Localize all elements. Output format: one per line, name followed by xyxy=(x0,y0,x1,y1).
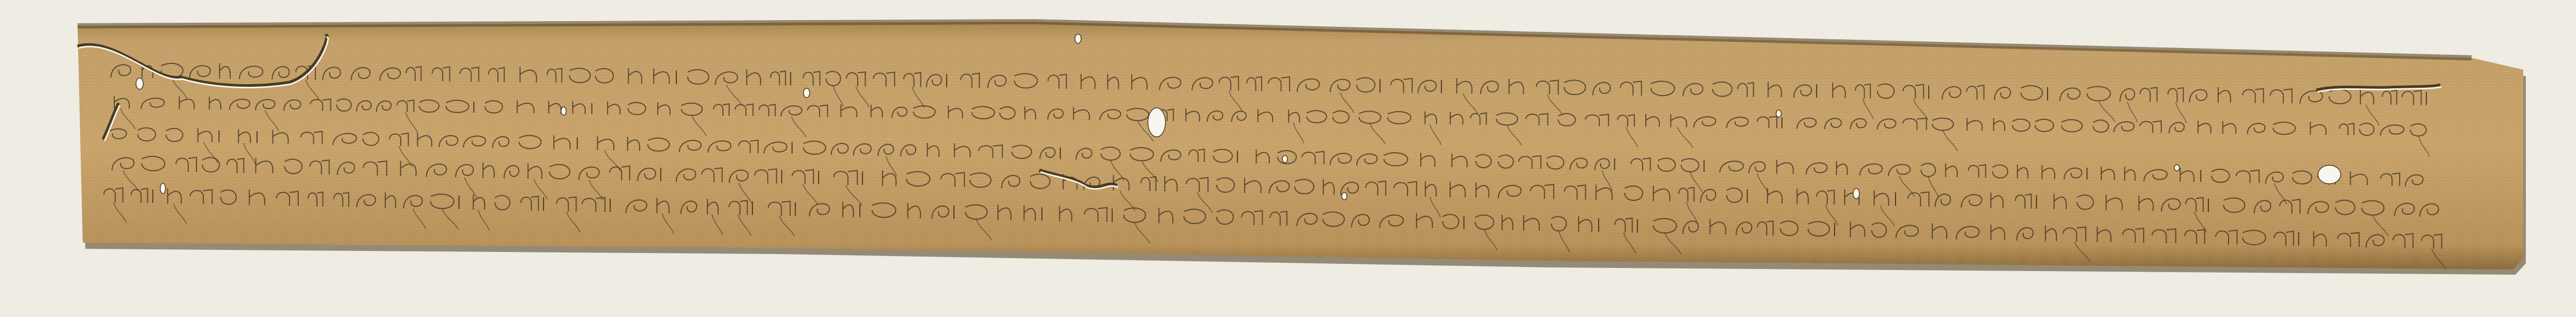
hole xyxy=(136,78,143,89)
hole xyxy=(1075,34,1081,43)
hole xyxy=(804,88,810,98)
hole xyxy=(561,107,566,115)
hole xyxy=(160,183,165,194)
hole xyxy=(1148,108,1165,137)
hole xyxy=(2318,165,2341,184)
hole xyxy=(1853,188,1859,199)
manuscript-image xyxy=(0,0,2576,317)
hole xyxy=(1776,110,1781,117)
leaf-grain xyxy=(78,22,2523,270)
hole xyxy=(1282,155,1287,163)
hole xyxy=(2174,165,2179,171)
hole xyxy=(1342,193,1347,200)
